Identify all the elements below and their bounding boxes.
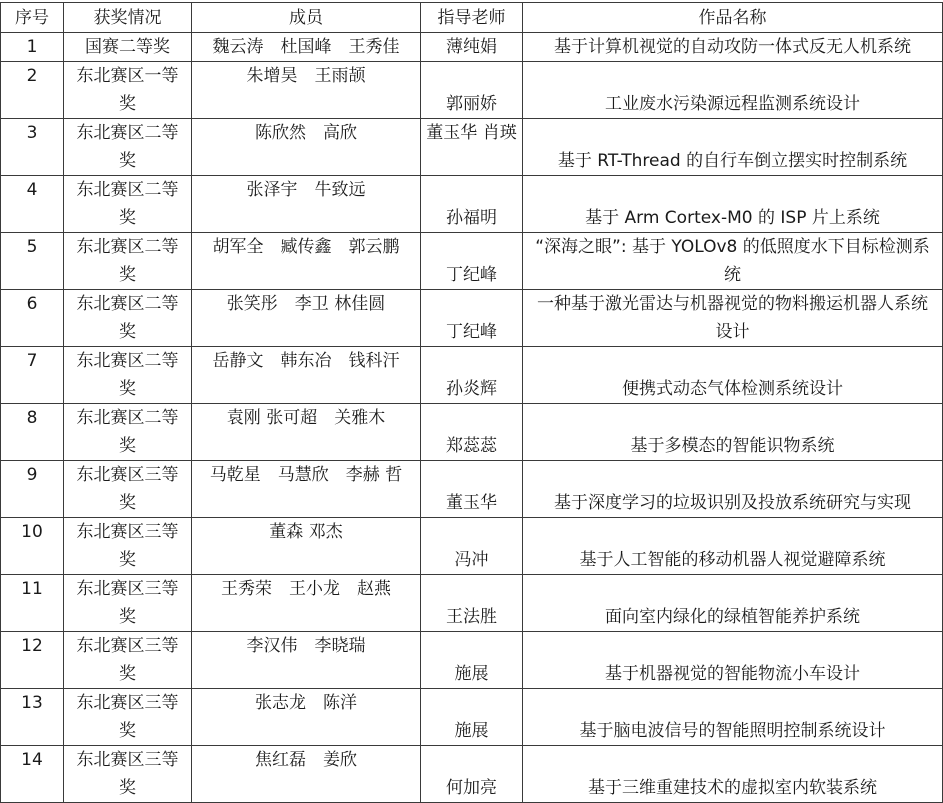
cell-members: 董森 邓杰 xyxy=(192,518,421,575)
cell-index: 8 xyxy=(1,404,64,461)
header-title: 作品名称 xyxy=(523,3,943,33)
header-index: 序号 xyxy=(1,3,64,33)
cell-title: 基于计算机视觉的自动攻防一体式反无人机系统 xyxy=(523,33,943,62)
cell-members: 王秀荣 王小龙 赵燕 xyxy=(192,575,421,632)
cell-members: 岳静文 韩东冶 钱科汗 xyxy=(192,347,421,404)
cell-index: 13 xyxy=(1,689,64,746)
table-row: 12 东北赛区三等奖 李汉伟 李晓瑞 施展 基于机器视觉的智能物流小车设计 xyxy=(1,632,943,689)
cell-award: 东北赛区三等奖 xyxy=(64,632,192,689)
cell-index: 2 xyxy=(1,62,64,119)
cell-members: 张笑彤 李卫 林佳圆 xyxy=(192,290,421,347)
cell-title: 便携式动态气体检测系统设计 xyxy=(523,347,943,404)
table-row: 7 东北赛区二等奖 岳静文 韩东冶 钱科汗 孙炎辉 便携式动态气体检测系统设计 xyxy=(1,347,943,404)
table-row: 5 东北赛区二等奖 胡军全 臧传鑫 郭云鹏 丁纪峰 “深海之眼”: 基于 YOL… xyxy=(1,233,943,290)
cell-title: 基于 RT-Thread 的自行车倒立摆实时控制系统 xyxy=(523,119,943,176)
cell-members: 马乾星 马慧欣 李赫 哲 xyxy=(192,461,421,518)
cell-members: 袁刚 张可超 关雅木 xyxy=(192,404,421,461)
cell-award: 东北赛区三等奖 xyxy=(64,575,192,632)
awards-table: 序号 获奖情况 成员 指导老师 作品名称 1 国赛二等奖 魏云涛 杜国峰 王秀佳… xyxy=(0,2,943,803)
cell-award: 东北赛区三等奖 xyxy=(64,746,192,803)
table-row: 6 东北赛区二等奖 张笑彤 李卫 林佳圆 丁纪峰 一种基于激光雷达与机器视觉的物… xyxy=(1,290,943,347)
cell-index: 4 xyxy=(1,176,64,233)
cell-advisor: 冯冲 xyxy=(421,518,523,575)
cell-award: 东北赛区三等奖 xyxy=(64,689,192,746)
cell-award: 东北赛区二等奖 xyxy=(64,119,192,176)
cell-award: 东北赛区二等奖 xyxy=(64,233,192,290)
cell-index: 7 xyxy=(1,347,64,404)
header-award: 获奖情况 xyxy=(64,3,192,33)
table-row: 2 东北赛区一等奖 朱增昊 王雨颉 郭丽娇 工业废水污染源远程监测系统设计 xyxy=(1,62,943,119)
cell-award: 东北赛区一等奖 xyxy=(64,62,192,119)
cell-index: 6 xyxy=(1,290,64,347)
cell-advisor: 孙炎辉 xyxy=(421,347,523,404)
cell-advisor: 董玉华 肖瑛 xyxy=(421,119,523,176)
table-row: 8 东北赛区二等奖 袁刚 张可超 关雅木 郑蕊蕊 基于多模态的智能识物系统 xyxy=(1,404,943,461)
cell-award: 东北赛区三等奖 xyxy=(64,518,192,575)
cell-advisor: 王法胜 xyxy=(421,575,523,632)
cell-title: 基于人工智能的移动机器人视觉避障系统 xyxy=(523,518,943,575)
cell-advisor: 何加亮 xyxy=(421,746,523,803)
cell-advisor: 施展 xyxy=(421,632,523,689)
cell-advisor: 施展 xyxy=(421,689,523,746)
cell-members: 焦红磊 姜欣 xyxy=(192,746,421,803)
cell-advisor: 郭丽娇 xyxy=(421,62,523,119)
cell-members: 张泽宇 牛致远 xyxy=(192,176,421,233)
cell-members: 朱增昊 王雨颉 xyxy=(192,62,421,119)
table-row: 9 东北赛区三等奖 马乾星 马慧欣 李赫 哲 董玉华 基于深度学习的垃圾识别及投… xyxy=(1,461,943,518)
cell-title: 基于机器视觉的智能物流小车设计 xyxy=(523,632,943,689)
cell-index: 12 xyxy=(1,632,64,689)
cell-index: 14 xyxy=(1,746,64,803)
table-row: 10 东北赛区三等奖 董森 邓杰 冯冲 基于人工智能的移动机器人视觉避障系统 xyxy=(1,518,943,575)
cell-members: 陈欣然 高欣 xyxy=(192,119,421,176)
cell-award: 东北赛区二等奖 xyxy=(64,290,192,347)
table-row: 14 东北赛区三等奖 焦红磊 姜欣 何加亮 基于三维重建技术的虚拟室内软装系统 xyxy=(1,746,943,803)
cell-title: “深海之眼”: 基于 YOLOv8 的低照度水下目标检测系统 xyxy=(523,233,943,290)
cell-award: 东北赛区二等奖 xyxy=(64,347,192,404)
cell-advisor: 薄纯娟 xyxy=(421,33,523,62)
table-row: 13 东北赛区三等奖 张志龙 陈洋 施展 基于脑电波信号的智能照明控制系统设计 xyxy=(1,689,943,746)
cell-title: 一种基于激光雷达与机器视觉的物料搬运机器人系统设计 xyxy=(523,290,943,347)
table-row: 1 国赛二等奖 魏云涛 杜国峰 王秀佳 薄纯娟 基于计算机视觉的自动攻防一体式反… xyxy=(1,33,943,62)
cell-index: 3 xyxy=(1,119,64,176)
cell-title: 基于 Arm Cortex-M0 的 ISP 片上系统 xyxy=(523,176,943,233)
cell-title: 工业废水污染源远程监测系统设计 xyxy=(523,62,943,119)
cell-title: 基于深度学习的垃圾识别及投放系统研究与实现 xyxy=(523,461,943,518)
table-row: 11 东北赛区三等奖 王秀荣 王小龙 赵燕 王法胜 面向室内绿化的绿植智能养护系… xyxy=(1,575,943,632)
cell-award: 东北赛区三等奖 xyxy=(64,461,192,518)
cell-advisor: 丁纪峰 xyxy=(421,290,523,347)
cell-members: 魏云涛 杜国峰 王秀佳 xyxy=(192,33,421,62)
cell-title: 基于脑电波信号的智能照明控制系统设计 xyxy=(523,689,943,746)
cell-members: 张志龙 陈洋 xyxy=(192,689,421,746)
cell-title: 面向室内绿化的绿植智能养护系统 xyxy=(523,575,943,632)
table-row: 3 东北赛区二等奖 陈欣然 高欣 董玉华 肖瑛 基于 RT-Thread 的自行… xyxy=(1,119,943,176)
table-header-row: 序号 获奖情况 成员 指导老师 作品名称 xyxy=(1,3,943,33)
cell-award: 东北赛区二等奖 xyxy=(64,176,192,233)
cell-title: 基于多模态的智能识物系统 xyxy=(523,404,943,461)
cell-advisor: 郑蕊蕊 xyxy=(421,404,523,461)
cell-advisor: 丁纪峰 xyxy=(421,233,523,290)
cell-index: 1 xyxy=(1,33,64,62)
header-members: 成员 xyxy=(192,3,421,33)
cell-award: 东北赛区二等奖 xyxy=(64,404,192,461)
cell-title: 基于三维重建技术的虚拟室内软装系统 xyxy=(523,746,943,803)
cell-index: 10 xyxy=(1,518,64,575)
cell-index: 5 xyxy=(1,233,64,290)
cell-members: 李汉伟 李晓瑞 xyxy=(192,632,421,689)
header-advisor: 指导老师 xyxy=(421,3,523,33)
cell-index: 9 xyxy=(1,461,64,518)
cell-advisor: 董玉华 xyxy=(421,461,523,518)
cell-members: 胡军全 臧传鑫 郭云鹏 xyxy=(192,233,421,290)
cell-award: 国赛二等奖 xyxy=(64,33,192,62)
cell-advisor: 孙福明 xyxy=(421,176,523,233)
table-row: 4 东北赛区二等奖 张泽宇 牛致远 孙福明 基于 Arm Cortex-M0 的… xyxy=(1,176,943,233)
cell-index: 11 xyxy=(1,575,64,632)
